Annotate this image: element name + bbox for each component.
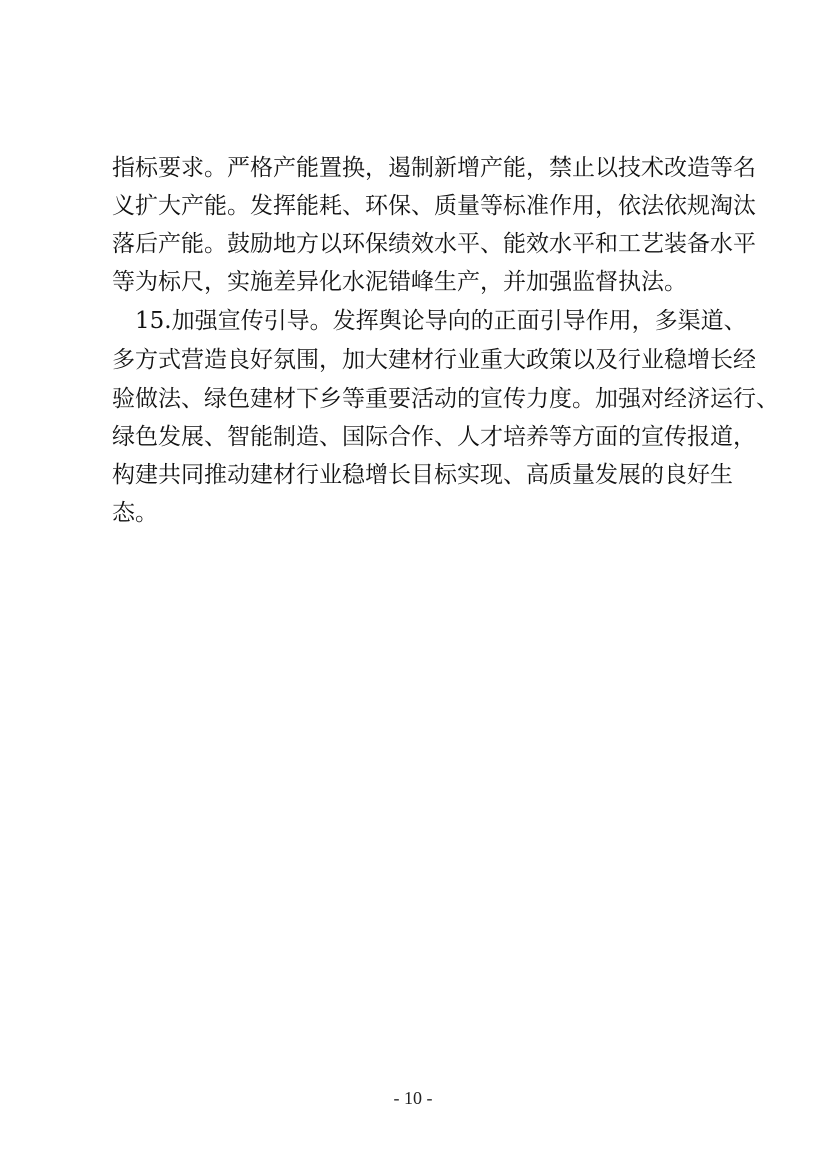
paragraph-line: 落后产能。鼓励地方以环保绩效水平、能效水平和工艺装备水平 <box>112 225 724 263</box>
document-page: 指标要求。严格产能置换，遏制新增产能，禁止以技术改造等名 义扩大产能。发挥能耗、… <box>0 0 826 1169</box>
paragraph-line: 态。 <box>112 494 724 532</box>
paragraph-line: 指标要求。严格产能置换，遏制新增产能，禁止以技术改造等名 <box>112 149 724 187</box>
paragraph-line: 多方式营造良好氛围，加大建材行业重大政策以及行业稳增长经 <box>112 341 724 379</box>
paragraph-line: 义扩大产能。发挥能耗、环保、质量等标准作用，依法依规淘汰 <box>112 187 724 225</box>
paragraph-line: 绿色发展、智能制造、国际合作、人才培养等方面的宣传报道， <box>112 418 724 456</box>
paragraph-line: 等为标尺，实施差异化水泥错峰生产，并加强监督执法。 <box>112 263 724 301</box>
paragraph-line: 构建共同推动建材行业稳增长目标实现、高质量发展的良好生 <box>112 456 724 494</box>
section-heading-line: 15.加强宣传引导。发挥舆论导向的正面引导作用，多渠道、 <box>112 302 724 340</box>
paragraph-line: 验做法、绿色建材下乡等重要活动的宣传力度。加强对经济运行、 <box>112 380 724 418</box>
page-number: - 10 - <box>0 1086 826 1110</box>
